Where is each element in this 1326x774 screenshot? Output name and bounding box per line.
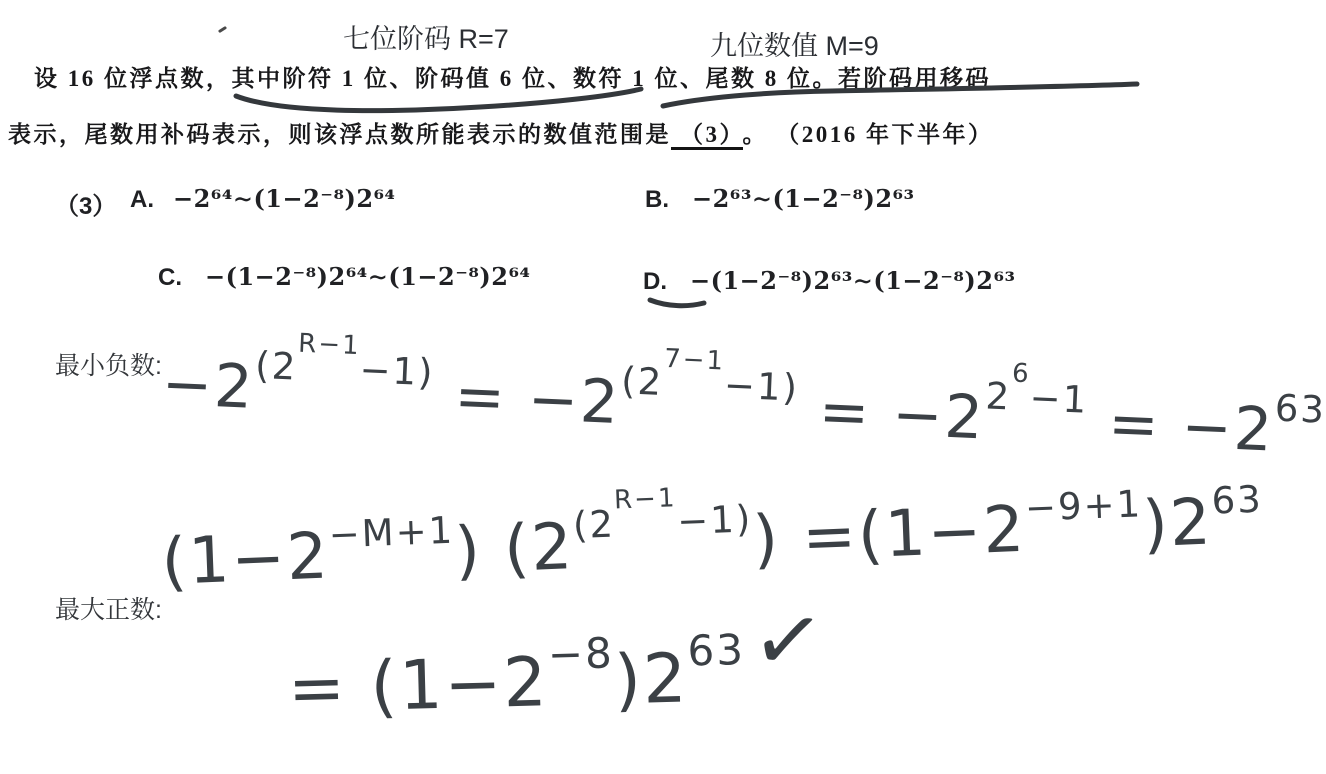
formula-token: −2 — [161, 349, 256, 423]
note-exponent-bits: 七位阶码 R=7 — [343, 17, 509, 56]
formula-token: 63 — [687, 625, 746, 675]
min-negative-label: 最小负数: — [55, 346, 162, 382]
formula-token: = −2 — [432, 360, 622, 438]
option-d-label: D. — [643, 268, 667, 296]
formula-token: 63 — [1211, 478, 1264, 523]
formula-token: (2 — [254, 344, 298, 389]
option-a-label: A. — [130, 186, 154, 214]
question-number: （3） — [55, 186, 116, 221]
note-mantissa-bits: 九位数值 M=9 — [710, 24, 879, 63]
formula-token: )2 — [1141, 486, 1213, 563]
option-a-formula: −2⁶⁴∼(1−2⁻⁸)2⁶⁴ — [173, 184, 396, 213]
max-positive-label: 最大正数: — [55, 590, 162, 626]
option-b-label: B. — [645, 186, 669, 214]
question-line-2-suffix: 。 （2016 年下半年） — [743, 122, 994, 147]
option-d-formula: −(1−2⁻⁸)2⁶³∼(1−2⁻⁸)2⁶³ — [690, 266, 1015, 295]
formula-token: = (1−2 — [287, 643, 550, 729]
handwritten-max-positive: (1−2−M+1) (2(2R−1−1)) =(1−2−9+1)263 — [158, 426, 1266, 629]
question-line-2-text: 表示，尾数用补码表示，则该浮点数所能表示的数值范围是 — [8, 122, 671, 147]
handwritten-max-simplified: = (1−2−8)263 — [286, 600, 747, 757]
formula-token: (2 — [620, 359, 664, 404]
formula-token: (1−2 — [160, 520, 331, 600]
formula-token: R−1 — [298, 329, 362, 362]
formula-token: −8 — [547, 628, 614, 679]
formula-token: (2 — [572, 503, 616, 548]
formula-token: −1 — [1029, 376, 1089, 421]
formula-token: ) =(1−2 — [752, 493, 1028, 577]
checkmark: ✓ — [747, 594, 829, 688]
formula-token: R−1 — [613, 483, 677, 515]
option-c-formula: −(1−2⁻⁸)2⁶⁴∼(1−2⁻⁸)2⁶⁴ — [205, 262, 530, 291]
stray-pen-mark — [218, 26, 227, 33]
answer-blank: （3） — [671, 122, 743, 150]
formula-token: −9+1 — [1024, 482, 1143, 529]
formula-token: 6 — [1012, 359, 1032, 390]
formula-token: −1) — [359, 348, 436, 394]
formula-token: ) (2 — [454, 510, 576, 589]
formula-token: 63 — [1274, 387, 1326, 432]
option-b-formula: −2⁶³∼(1−2⁻⁸)2⁶³ — [692, 184, 915, 213]
formula-token: 2 — [985, 374, 1012, 418]
formula-token: −M+1 — [328, 509, 455, 557]
question-line-2: 表示，尾数用补码表示，则该浮点数所能表示的数值范围是（3）。 （2016 年下半… — [8, 116, 994, 149]
formula-token: −1) — [677, 497, 754, 543]
formula-token: −1) — [723, 363, 800, 409]
formula-token: )2 — [613, 640, 689, 721]
formula-token: 7−1 — [664, 344, 726, 377]
question-line-1: 设 16 位浮点数，其中阶符 1 位、阶码值 6 位、数符 1 位、尾数 8 位… — [34, 60, 991, 93]
option-d-answer-mark — [650, 300, 704, 306]
